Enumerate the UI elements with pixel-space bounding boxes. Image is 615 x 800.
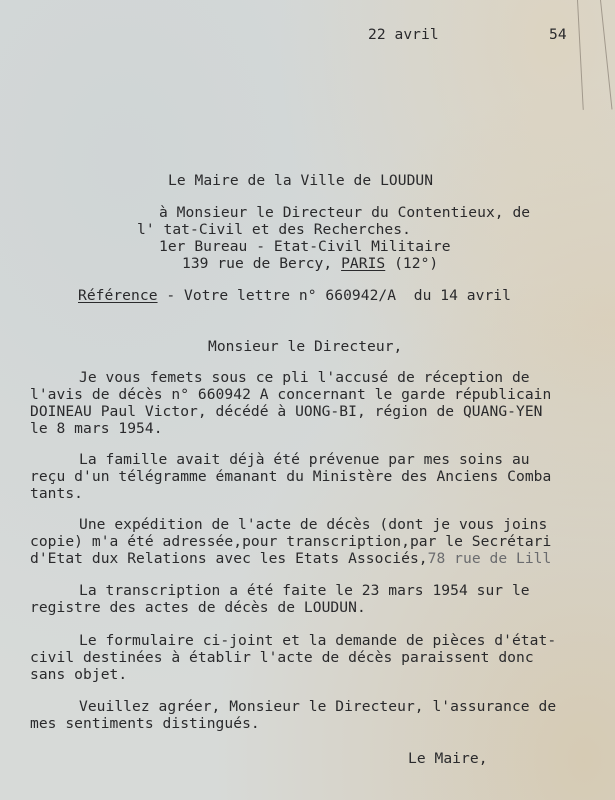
letter-year: 54: [549, 26, 567, 43]
recipient-line-1: à Monsieur le Directeur du Contentieux, …: [159, 204, 530, 221]
reference-label: Référence: [78, 287, 158, 304]
paragraph-line: civil destinées à établir l'acte de décè…: [30, 649, 534, 666]
reference-line: Référence - Votre lettre n° 660942/A du …: [78, 287, 511, 304]
recipient-line-3: 1er Bureau - Etat-Civil Militaire: [159, 238, 451, 255]
paragraph-line: registre des actes de décès de LOUDUN.: [30, 599, 366, 616]
paragraph-line: mes sentiments distingués.: [30, 715, 260, 732]
recipient-line-2: l' tat-Civil et des Recherches.: [137, 221, 411, 238]
paragraph-line: sans objet.: [30, 666, 127, 683]
paragraph-line: La transcription a été faite le 23 mars …: [79, 582, 530, 599]
paragraph-line: Le formulaire ci-joint et la demande de …: [79, 632, 556, 649]
reference-text: - Votre lettre n° 660942/A du 14 avril: [158, 287, 511, 304]
paragraph-line: Une expédition de l'acte de décès (dont …: [79, 516, 547, 533]
paragraph-line: l'avis de décès n° 660942 A concernant l…: [30, 386, 551, 403]
paragraph-line: La famille avait déjà été prévenue par m…: [79, 451, 530, 468]
recipient-line-4: 139 rue de Bercy, PARIS (12°): [182, 255, 438, 272]
paragraph-line: Veuillez agréer, Monsieur le Directeur, …: [79, 698, 556, 715]
paragraph-line: reçu d'un télégramme émanant du Ministèr…: [30, 468, 551, 485]
letter-date: 22 avril: [368, 26, 439, 43]
paragraph-line: DOINEAU Paul Victor, décédé à UONG-BI, r…: [30, 403, 543, 420]
paragraph-line: d'Etat dux Relations avec les Etats Asso…: [30, 550, 551, 567]
recipient-city: PARIS: [341, 255, 385, 272]
sender-line: Le Maire de la Ville de LOUDUN: [168, 172, 433, 189]
paper-crease: [600, 0, 612, 109]
paper-crease: [577, 0, 584, 110]
salutation: Monsieur le Directeur,: [208, 338, 402, 355]
paragraph-text: d'Etat dux Relations avec les Etats Asso…: [30, 550, 428, 567]
paragraph-line: copie) m'a été adressée,pour transcripti…: [30, 533, 551, 550]
recipient-district: (12°): [385, 255, 438, 272]
letter-page: 22 avril 54 Le Maire de la Ville de LOUD…: [0, 0, 615, 800]
recipient-street: 139 rue de Bercy,: [182, 255, 341, 272]
paragraph-line: le 8 mars 1954.: [30, 420, 163, 437]
inserted-address: 78 rue de Lill: [428, 550, 552, 567]
closing-signature: Le Maire,: [408, 750, 488, 767]
paragraph-line: tants.: [30, 485, 83, 502]
paragraph-line: Je vous femets sous ce pli l'accusé de r…: [79, 369, 530, 386]
